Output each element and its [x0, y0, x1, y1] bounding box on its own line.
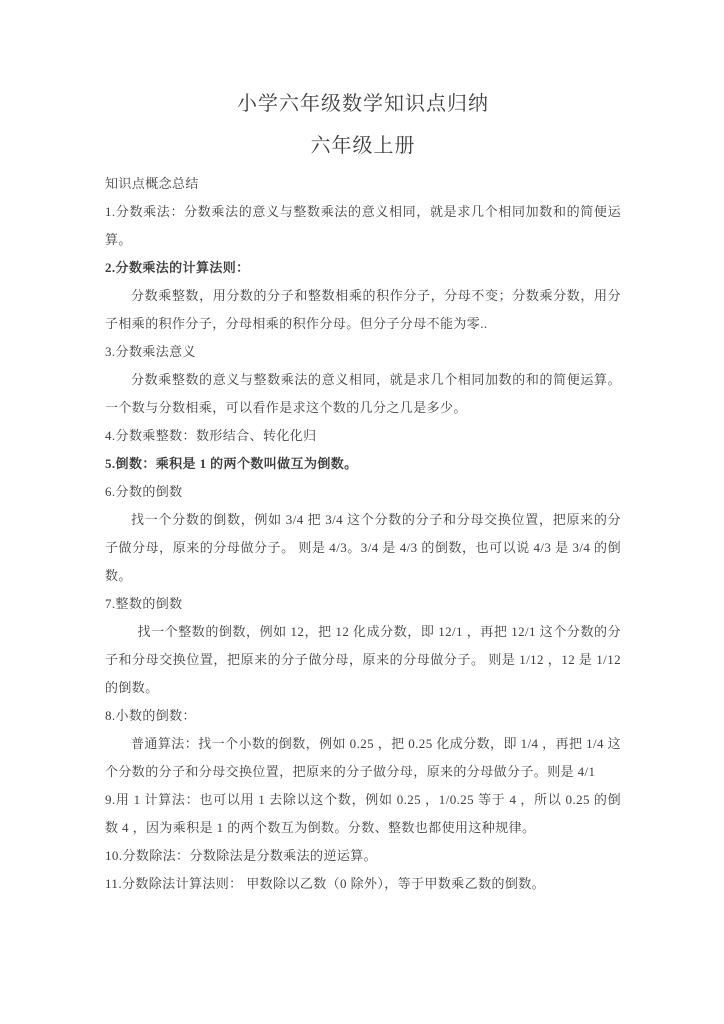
document-page: 小学六年级数学知识点归纳 六年级上册 知识点概念总结 1.分数乘法：分数乘法的意… — [0, 0, 724, 1024]
paragraph-item-2-heading: 2.分数乘法的计算法则： — [105, 254, 621, 282]
paragraph-item-5: 5.倒数：乘积是 1 的两个数叫做互为倒数。 — [105, 450, 621, 478]
paragraph-item-3-heading: 3.分数乘法意义 — [105, 338, 621, 366]
paragraph-item-4: 4.分数乘整数：数形结合、转化化归 — [105, 422, 621, 450]
paragraph-item-10: 10.分数除法：分数除法是分数乘法的逆运算。 — [105, 842, 621, 870]
section-heading: 知识点概念总结 — [105, 170, 621, 198]
paragraph-item-9: 9.用 1 计算法：也可以用 1 去除以这个数，例如 0.25 ，1/0.25 … — [105, 786, 621, 842]
paragraph-item-7-body: 找一个整数的倒数，例如 12，把 12 化成分数，即 12/1 ，再把 12/1… — [105, 618, 621, 702]
paragraph-item-6-heading: 6.分数的倒数 — [105, 478, 621, 506]
paragraph-item-6-body: 找一个分数的倒数，例如 3/4 把 3/4 这个分数的分子和分母交换位置，把原来… — [105, 506, 621, 590]
paragraph-item-2-body: 分数乘整数，用分数的分子和整数相乘的积作分子，分母不变；分数乘分数，用分子相乘的… — [105, 282, 621, 338]
paragraph-item-7-heading: 7.整数的倒数 — [105, 590, 621, 618]
document-content: 小学六年级数学知识点归纳 六年级上册 知识点概念总结 1.分数乘法：分数乘法的意… — [0, 0, 724, 1024]
paragraph-item-1: 1.分数乘法：分数乘法的意义与整数乘法的意义相同，就是求几个相同加数和的简便运算… — [105, 198, 621, 254]
document-subtitle: 六年级上册 — [105, 132, 621, 160]
paragraph-item-3-body: 分数乘整数的意义与整数乘法的意义相同，就是求几个相同加数的和的简便运算。一个数与… — [105, 366, 621, 422]
paragraph-item-11: 11.分数除法计算法则： 甲数除以乙数（0 除外），等于甲数乘乙数的倒数。 — [105, 870, 621, 898]
paragraph-item-8-body: 普通算法：找一个小数的倒数，例如 0.25 ，把 0.25 化成分数，即 1/4… — [105, 730, 621, 786]
document-title: 小学六年级数学知识点归纳 — [105, 90, 621, 118]
paragraph-item-8-heading: 8.小数的倒数： — [105, 702, 621, 730]
